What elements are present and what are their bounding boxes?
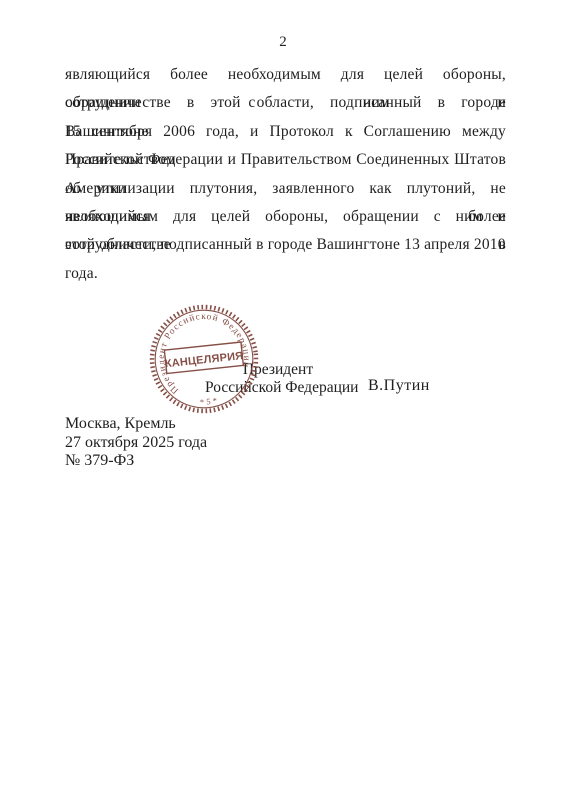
stamp-bottom-number: * 5 * (199, 395, 217, 407)
footer-block: Москва, Кремль 27 октября 2025 года № 37… (65, 415, 207, 471)
signature-title-line2: Российской Федерации (205, 379, 351, 397)
document-page: 2 являющийся более необходимым для целей… (0, 0, 566, 800)
signature-block: Президент Российской Федерации (205, 361, 351, 396)
signature-title-line1: Президент (205, 361, 351, 379)
body-paragraph: являющийся более необходимым для целей о… (65, 61, 506, 260)
stamp-scalloped-ring (147, 302, 261, 416)
page-number: 2 (0, 34, 566, 51)
body-line: этой области, подписанный в городе Вашин… (65, 231, 506, 259)
body-line: Российской Федерации и Правительством Со… (65, 146, 506, 174)
footer-place: Москва, Кремль (65, 415, 207, 434)
signature-name: В.Путин (368, 377, 430, 395)
stamp-seal-icon: Президент Российской Федерации * 5 * КАН… (147, 302, 261, 416)
body-line: сотрудничестве в этой области, подписанн… (65, 89, 506, 117)
body-line: об утилизации плутония, заявленного как … (65, 175, 506, 203)
body-line: являющийся более необходимым для целей о… (65, 61, 506, 89)
footer-doc-number: № 379-ФЗ (65, 452, 207, 471)
body-line: 15 сентября 2006 года, и Протокол к Согл… (65, 118, 506, 146)
footer-date: 27 октября 2025 года (65, 434, 207, 453)
chancellery-stamp: Президент Российской Федерации * 5 * КАН… (147, 302, 261, 416)
stamp-inner-circle (150, 305, 257, 412)
body-line: необходимым для целей обороны, обращении… (65, 203, 506, 231)
